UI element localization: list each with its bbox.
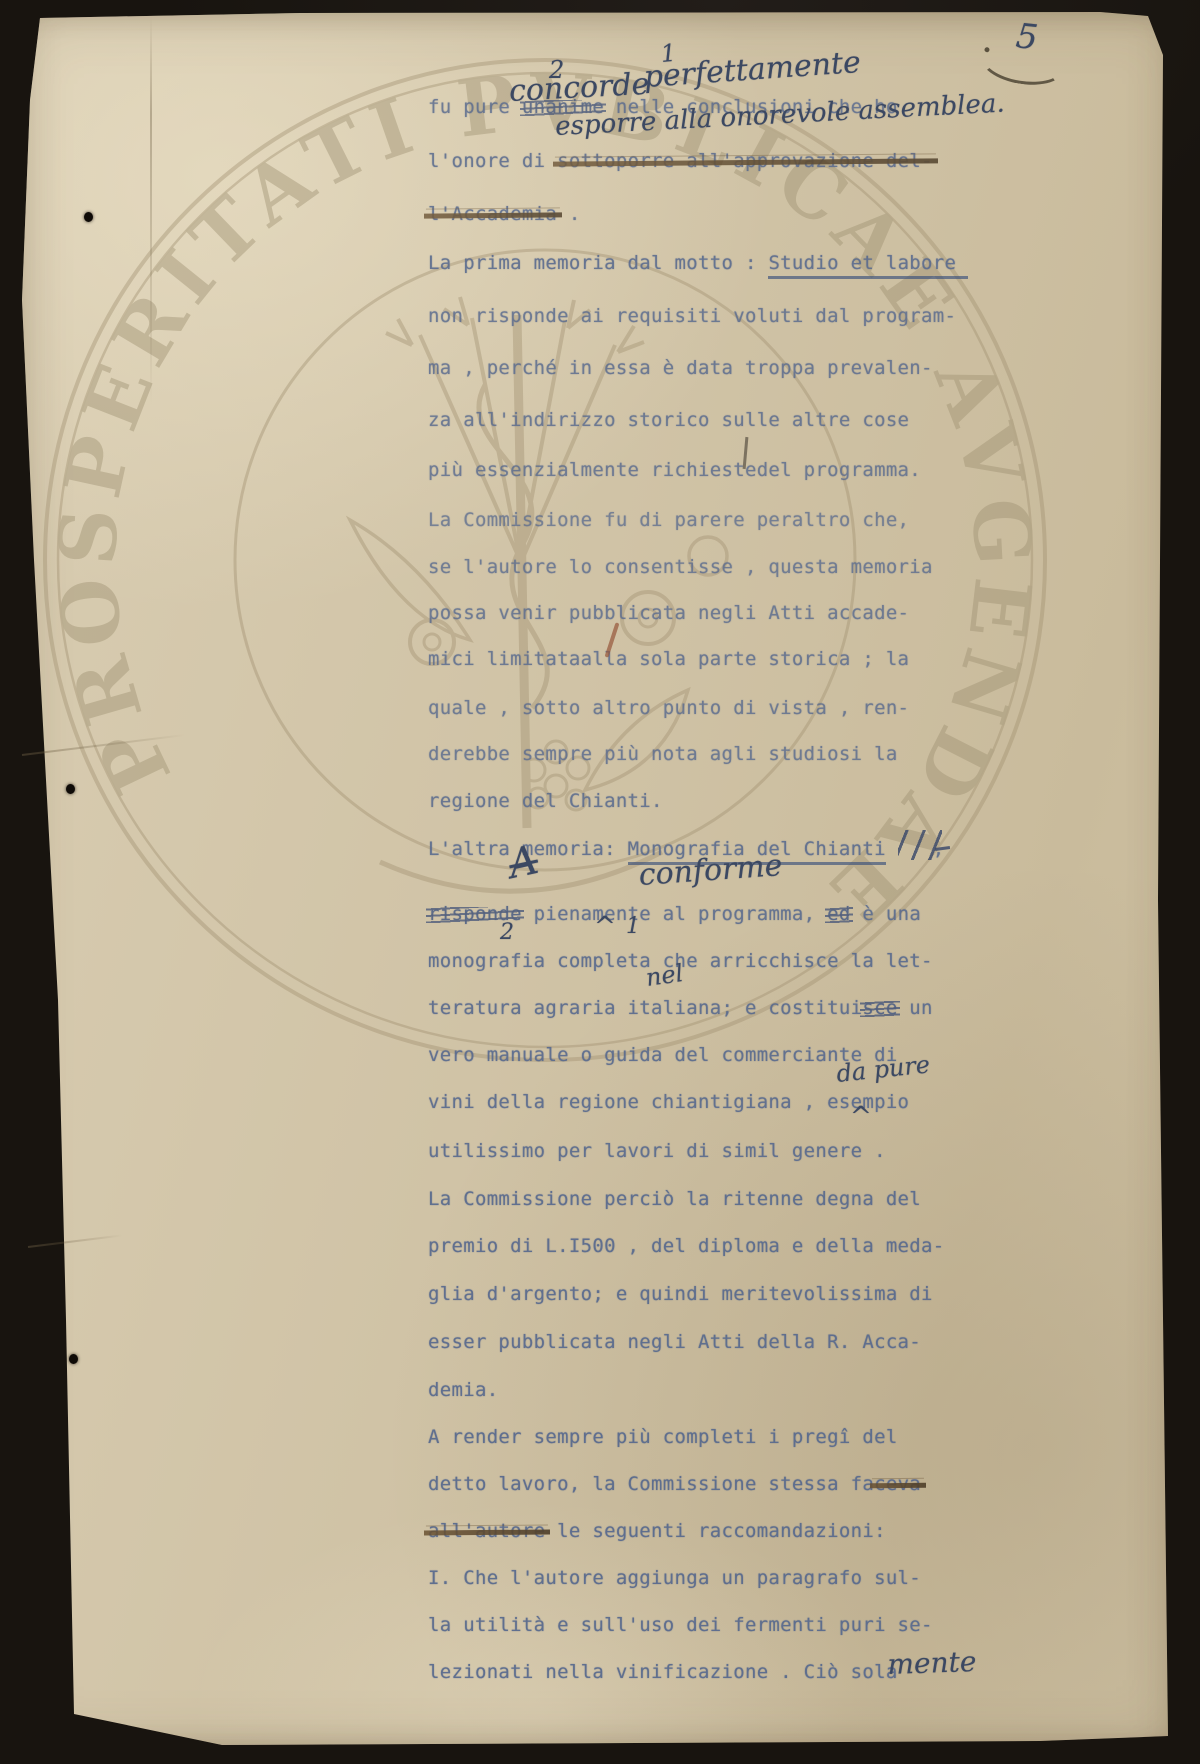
typed-line: derebbe sempre più nota agli studiosi la — [428, 743, 898, 765]
typed-text: za all'indirizzo storico sulle altre cos… — [428, 409, 909, 431]
typed-line: vero manuale o guida del commerciante di — [428, 1044, 898, 1066]
paper-crease — [150, 16, 152, 406]
struck-text: ceva — [874, 1473, 921, 1495]
typed-text: premio di L.I500 , del diploma e della m… — [428, 1235, 945, 1257]
page-number-flourish — [977, 34, 1069, 91]
typed-text: è una — [851, 903, 921, 925]
typed-text: fu pure — [428, 96, 522, 118]
order-number-2: 2 — [500, 920, 514, 945]
typed-line: I. Che l'autore aggiunga un paragrafo su… — [428, 1567, 921, 1589]
scanned-document: PROSPERITATI PVBLICAE AVGENDAE fu pure u… — [0, 0, 1200, 1764]
typed-line: za all'indirizzo storico sulle altre cos… — [428, 409, 909, 431]
typed-line: più essenzialmente richiestedel programm… — [428, 459, 921, 481]
typed-text: regione del Chianti. — [428, 790, 663, 812]
typed-text-layer: fu pure unanime nelle conclusioni che ho… — [0, 0, 1200, 1764]
struck-text: all'autore — [428, 1520, 545, 1542]
typed-line: premio di L.I500 , del diploma e della m… — [428, 1235, 945, 1257]
typed-line: non risponde ai requisiti voluti dal pro… — [428, 305, 956, 327]
typed-text: la utilità e sull'uso dei fermenti puri … — [428, 1614, 933, 1636]
typed-line: la utilità e sull'uso dei fermenti puri … — [428, 1614, 933, 1636]
insertion-caret: ^ — [594, 912, 616, 942]
typed-text: La Commissione perciò la ritenne degna d… — [428, 1188, 921, 1210]
typed-line: all'autore le seguenti raccomandazioni: — [428, 1520, 886, 1542]
typed-line: ma , perché in essa è data troppa preval… — [428, 357, 933, 379]
typed-line: demia. — [428, 1379, 498, 1401]
handwritten-correction: concorde — [508, 67, 650, 109]
typed-text: non risponde ai requisiti voluti dal pro… — [428, 305, 956, 327]
typed-line: glia d'argento; e quindi meritevolissima… — [428, 1283, 933, 1305]
paper-crease — [22, 734, 186, 756]
typed-text: teratura agraria italiana; e costitui — [428, 997, 862, 1019]
typed-text: ma , perché in essa è data troppa preval… — [428, 357, 933, 379]
handwritten-strokes — [898, 830, 942, 860]
struck-text: sce — [862, 997, 897, 1019]
typed-line: detto lavoro, la Commissione stessa face… — [428, 1473, 921, 1495]
typed-line: l'Accademia . — [428, 203, 581, 225]
pin-hole — [84, 212, 93, 222]
typed-line: lezionati nella vinificazione . Ciò sola — [428, 1661, 898, 1683]
typed-text: un — [898, 997, 933, 1019]
insertion-caret: ^ — [850, 1102, 872, 1132]
typed-line: La prima memoria dal motto : Studio et l… — [428, 252, 968, 279]
typed-text: l'onore di — [428, 150, 557, 172]
pin-hole — [69, 1354, 78, 1364]
typed-text: vini della regione chiantigiana , esempi… — [428, 1091, 909, 1113]
typed-line: utilissimo per lavori di simil genere . — [428, 1140, 886, 1162]
typed-line: l'onore di sottoporre all'approvazione d… — [428, 150, 933, 172]
typed-line: se l'autore lo consentisse , questa memo… — [428, 556, 933, 578]
pin-hole — [66, 784, 75, 794]
paper-crease — [28, 1234, 123, 1248]
typed-line: possa venir pubblicata negli Atti accade… — [428, 602, 909, 624]
typed-text: derebbe sempre più nota agli studiosi la — [428, 743, 898, 765]
typed-text: A render sempre più completi i pregî del — [428, 1426, 898, 1448]
typed-line: regione del Chianti. — [428, 790, 663, 812]
typed-line: A render sempre più completi i pregî del — [428, 1426, 898, 1448]
typed-text: le seguenti raccomandazioni: — [545, 1520, 885, 1542]
typed-line: vini della regione chiantigiana , esempi… — [428, 1091, 909, 1113]
struck-text: ed — [827, 903, 850, 925]
typed-text: quale , sotto altro punto di vista , ren… — [428, 697, 909, 719]
typed-text: Studio et labore — [768, 252, 968, 279]
typed-text: vero manuale o guida del commerciante di — [428, 1044, 898, 1066]
typed-text: esser pubblicata negli Atti della R. Acc… — [428, 1331, 921, 1353]
typed-text: I. Che l'autore aggiunga un paragrafo su… — [428, 1567, 921, 1589]
typed-text: più essenzialmente richiestedel programm… — [428, 459, 921, 481]
handwritten-word-ending: mente — [887, 1645, 977, 1681]
typed-line: La Commissione perciò la ritenne degna d… — [428, 1188, 921, 1210]
typed-text: . — [557, 203, 580, 225]
typed-text: demia. — [428, 1379, 498, 1401]
typed-line: esser pubblicata negli Atti della R. Acc… — [428, 1331, 921, 1353]
typed-text: possa venir pubblicata negli Atti accade… — [428, 602, 909, 624]
typed-line: La Commissione fu di parere peraltro che… — [428, 509, 909, 531]
typed-text: mici limitataalla sola parte storica ; l… — [428, 648, 909, 670]
typed-line: quale , sotto altro punto di vista , ren… — [428, 697, 909, 719]
typed-line: mici limitataalla sola parte storica ; l… — [428, 648, 909, 670]
typed-text: se l'autore lo consentisse , questa memo… — [428, 556, 933, 578]
typed-text: glia d'argento; e quindi meritevolissima… — [428, 1283, 933, 1305]
typed-text: utilissimo per lavori di simil genere . — [428, 1140, 886, 1162]
typed-text: lezionati nella vinificazione . Ciò sola — [428, 1661, 898, 1683]
typed-line: teratura agraria italiana; e costituisce… — [428, 997, 933, 1019]
typed-text: La Commissione fu di parere peraltro che… — [428, 509, 909, 531]
typed-text: detto lavoro, la Commissione stessa fa — [428, 1473, 874, 1495]
struck-text: sottoporre all'approvazione del- — [557, 150, 933, 172]
order-number-1: 1 — [626, 914, 640, 939]
handwritten-correction: nel — [644, 959, 685, 992]
struck-text: l'Accademia — [428, 203, 557, 225]
typed-text: La prima memoria dal motto : — [428, 252, 768, 274]
typed-text: pienamente al programma, — [522, 903, 827, 925]
